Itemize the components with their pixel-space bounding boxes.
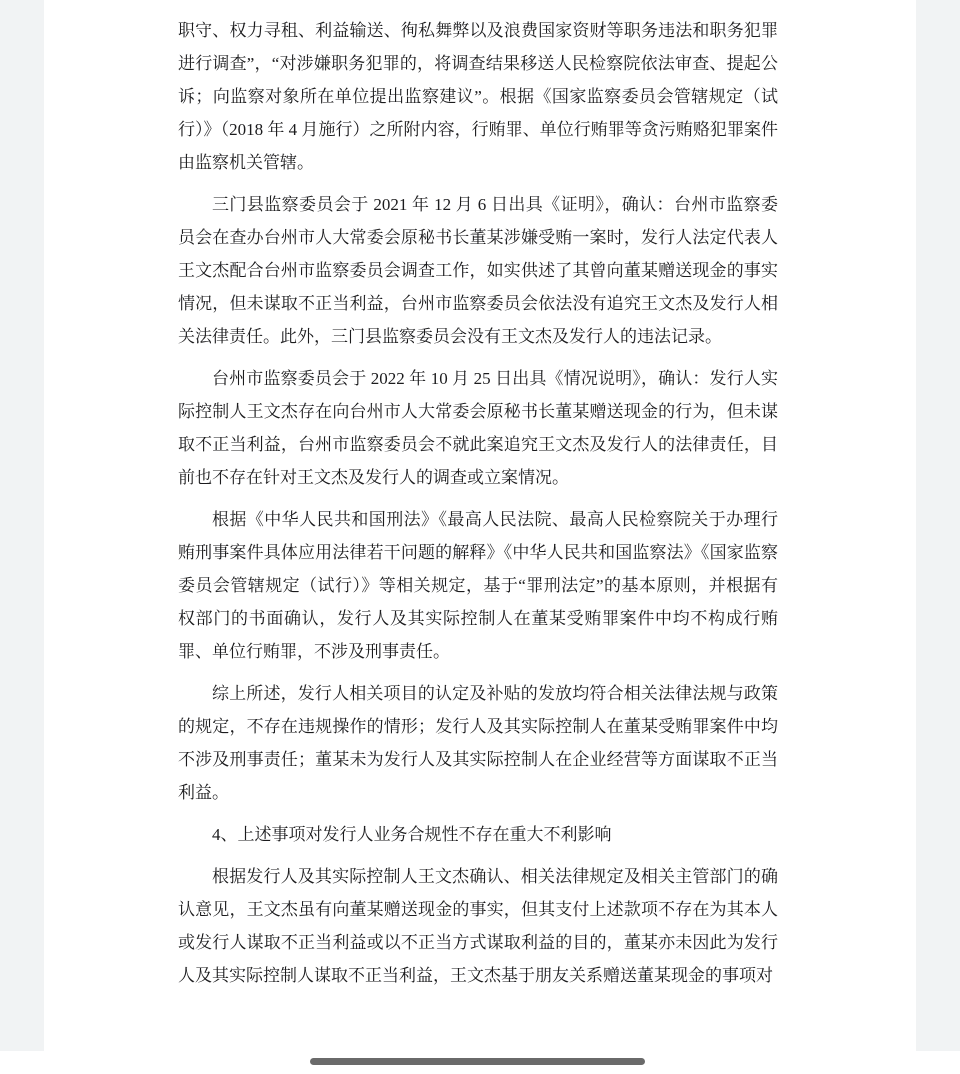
document-page: 职守、权力寻租、利益输送、徇私舞弊以及浪费国家资财等职务违法和职务犯罪进行调查”… xyxy=(44,0,916,1051)
left-gutter xyxy=(0,0,44,1051)
right-gutter xyxy=(916,0,960,1051)
paragraph-continuation: 职守、权力寻租、利益输送、徇私舞弊以及浪费国家资财等职务违法和职务犯罪进行调查”… xyxy=(178,14,778,179)
home-indicator-bar[interactable] xyxy=(310,1058,645,1065)
paragraph: 根据发行人及其实际控制人王文杰确认、相关法律规定及相关主管部门的确认意见，王文杰… xyxy=(178,860,778,992)
section-heading: 4、上述事项对发行人业务合规性不存在重大不利影响 xyxy=(178,818,778,851)
paragraph: 根据《中华人民共和国刑法》《最高人民法院、最高人民检察院关于办理行贿刑事案件具体… xyxy=(178,503,778,668)
paragraph: 三门县监察委员会于 2021 年 12 月 6 日出具《证明》，确认：台州市监察… xyxy=(178,188,778,353)
paragraph: 台州市监察委员会于 2022 年 10 月 25 日出具《情况说明》，确认：发行… xyxy=(178,362,778,494)
document-text: 职守、权力寻租、利益输送、徇私舞弊以及浪费国家资财等职务违法和职务犯罪进行调查”… xyxy=(178,14,778,1001)
paragraph: 综上所述，发行人相关项目的认定及补贴的发放均符合相关法律法规与政策的规定，不存在… xyxy=(178,677,778,809)
